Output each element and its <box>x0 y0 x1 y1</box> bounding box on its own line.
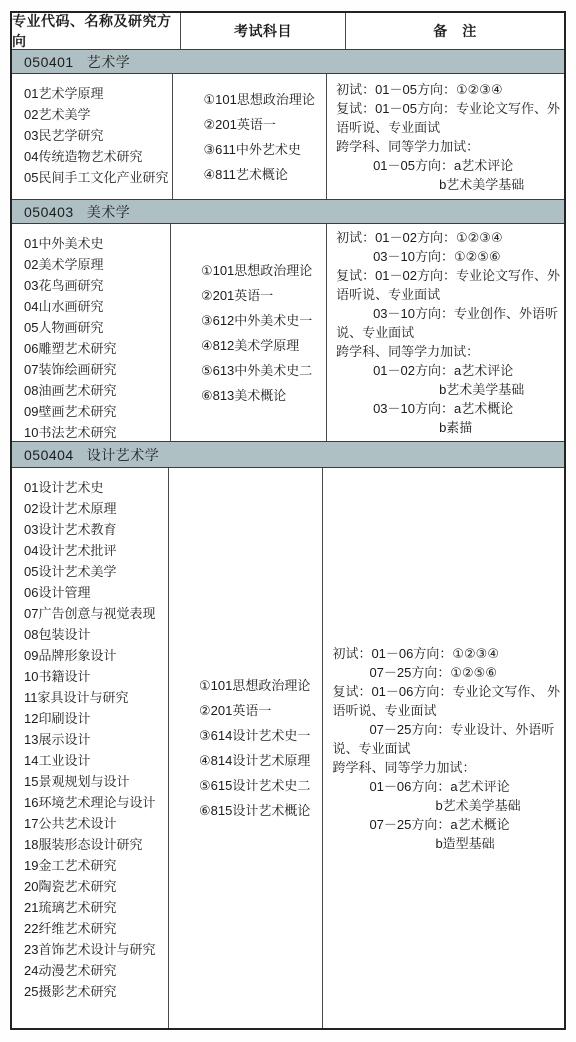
direction-item: 04传统造物艺术研究 <box>24 146 168 167</box>
direction-item: 08油画艺术研究 <box>24 380 166 401</box>
direction-item: 01中外美术史 <box>24 233 166 254</box>
subject-item: ⑥815设计艺术概论 <box>199 798 322 823</box>
direction-item: 04山水画研究 <box>24 296 166 317</box>
direction-item: 03花鸟画研究 <box>24 275 166 296</box>
subject-item: ①101思想政治理论 <box>203 87 326 112</box>
research-directions-cell: 01中外美术史02美术学原理03花鸟画研究04山水画研究05人物画研究06雕塑艺… <box>12 224 171 441</box>
note-line: 07－25方向：a艺术概论 <box>323 815 560 834</box>
direction-item: 10书法艺术研究 <box>24 422 166 443</box>
direction-item: 13展示设计 <box>24 729 164 750</box>
subject-item: ④812美术学原理 <box>201 333 326 358</box>
section-name: 美术学 <box>87 202 131 222</box>
note-line: 07－25方向：专业设计、外语听 <box>323 720 560 739</box>
major-section: 050403 美术学 01中外美术史02美术学原理03花鸟画研究04山水画研究0… <box>12 200 564 442</box>
research-directions-cell: 01艺术学原理02艺术美学03民艺学研究04传统造物艺术研究05民间手工文化产业… <box>12 74 173 199</box>
note-line: 初试：01－02方向：①②③④ <box>327 228 560 247</box>
direction-item: 01设计艺术史 <box>24 477 164 498</box>
table-header-row: 专业代码、名称及研究方向 考试科目 备 注 <box>12 13 564 50</box>
direction-item: 05民间手工文化产业研究 <box>24 167 168 188</box>
remarks-cell: 初试：01－06方向：①②③④07－25方向：①②⑤⑥复试：01－06方向：专业… <box>323 468 564 1028</box>
direction-item: 09品牌形象设计 <box>24 645 164 666</box>
note-line: 03－10方向：①②⑤⑥ <box>327 247 560 266</box>
section-name: 设计艺术学 <box>87 445 160 465</box>
direction-item: 14工业设计 <box>24 750 164 771</box>
note-line: 复试：01－06方向：专业论文写作、 外 <box>323 682 560 701</box>
major-section: 050404 设计艺术学 01设计艺术史02设计艺术原理03设计艺术教育04设计… <box>12 442 564 1028</box>
exam-subjects-cell: ①101思想政治理论②201英语一③612中外美术史一④812美术学原理⑤613… <box>171 224 327 441</box>
subject-item: ③612中外美术史一 <box>201 308 326 333</box>
direction-item: 02设计艺术原理 <box>24 498 164 519</box>
note-line: 语听说、专业面试 <box>327 285 560 304</box>
column-header-major-code: 专业代码、名称及研究方向 <box>12 13 181 49</box>
major-section: 050401 艺术学 01艺术学原理02艺术美学03民艺学研究04传统造物艺术研… <box>12 50 564 200</box>
column-header-remarks: 备 注 <box>346 13 564 49</box>
direction-item: 21琉璃艺术研究 <box>24 897 164 918</box>
note-line: 01－05方向：a艺术评论 <box>327 156 560 175</box>
note-line: b艺术美学基础 <box>327 380 560 399</box>
remarks-cell: 初试：01－05方向：①②③④复试：01－05方向：专业论文写作、外语听说、专业… <box>327 74 564 199</box>
note-line: b素描 <box>327 418 560 437</box>
subject-item: ④811艺术概论 <box>203 162 326 187</box>
subject-item: ⑥813美术概论 <box>201 383 326 408</box>
note-line: 07－25方向：①②⑤⑥ <box>323 663 560 682</box>
direction-item: 07装饰绘画研究 <box>24 359 166 380</box>
note-line: 复试：01－05方向：专业论文写作、外 <box>327 99 560 118</box>
subject-item: ②201英语一 <box>203 112 326 137</box>
exam-subjects-cell: ①101思想政治理论②201英语一③611中外艺术史④811艺术概论 <box>173 74 327 199</box>
direction-item: 02美术学原理 <box>24 254 166 275</box>
direction-item: 02艺术美学 <box>24 104 168 125</box>
remarks-cell: 初试：01－02方向：①②③④03－10方向：①②⑤⑥复试：01－02方向：专业… <box>327 224 564 441</box>
note-line: 03－10方向：专业创作、外语听 <box>327 304 560 323</box>
section-code: 050404 <box>24 447 74 463</box>
direction-item: 11家具设计与研究 <box>24 687 164 708</box>
section-content-row: 01艺术学原理02艺术美学03民艺学研究04传统造物艺术研究05民间手工文化产业… <box>12 74 564 200</box>
note-line: 跨学科、同等学力加试： <box>327 137 560 156</box>
direction-item: 03民艺学研究 <box>24 125 168 146</box>
direction-item: 04设计艺术批评 <box>24 540 164 561</box>
note-line: 说、专业面试 <box>327 323 560 342</box>
subject-item: ①101思想政治理论 <box>199 673 322 698</box>
direction-item: 15景观规划与设计 <box>24 771 164 792</box>
note-line: 跨学科、同等学力加试： <box>323 758 560 777</box>
direction-item: 23首饰艺术设计与研究 <box>24 939 164 960</box>
note-line: 跨学科、同等学力加试： <box>327 342 560 361</box>
direction-item: 01艺术学原理 <box>24 83 168 104</box>
exam-subjects-cell: ①101思想政治理论②201英语一③614设计艺术史一④814设计艺术原理⑤61… <box>169 468 323 1028</box>
admissions-exam-table: 专业代码、名称及研究方向 考试科目 备 注 050401 艺术学 01艺术学原理… <box>10 11 566 1030</box>
subject-item: ①101思想政治理论 <box>201 258 326 283</box>
note-line: 语听说、专业面试 <box>327 118 560 137</box>
direction-item: 07广告创意与视觉表现 <box>24 603 164 624</box>
note-line: 语听说、专业面试 <box>323 701 560 720</box>
direction-item: 17公共艺术设计 <box>24 813 164 834</box>
subject-item: ③614设计艺术史一 <box>199 723 322 748</box>
subject-item: ⑤613中外美术史二 <box>201 358 326 383</box>
direction-item: 06雕塑艺术研究 <box>24 338 166 359</box>
subject-item: ②201英语一 <box>199 698 322 723</box>
section-content-row: 01设计艺术史02设计艺术原理03设计艺术教育04设计艺术批评05设计艺术美学0… <box>12 468 564 1028</box>
note-line: 初试：01－06方向：①②③④ <box>323 644 560 663</box>
subject-item: ⑤615设计艺术史二 <box>199 773 322 798</box>
direction-item: 03设计艺术教育 <box>24 519 164 540</box>
section-code: 050403 <box>24 204 74 220</box>
column-header-exam-subjects: 考试科目 <box>181 13 346 49</box>
note-line: b造型基础 <box>323 834 560 853</box>
note-line: 01－02方向：a艺术评论 <box>327 361 560 380</box>
document-page: 专业代码、名称及研究方向 考试科目 备 注 050401 艺术学 01艺术学原理… <box>0 0 576 1042</box>
direction-item: 19金工艺术研究 <box>24 855 164 876</box>
direction-item: 05设计艺术美学 <box>24 561 164 582</box>
direction-item: 05人物画研究 <box>24 317 166 338</box>
direction-item: 08包装设计 <box>24 624 164 645</box>
note-line: b艺术美学基础 <box>327 175 560 194</box>
direction-item: 18服装形态设计研究 <box>24 834 164 855</box>
direction-item: 24动漫艺术研究 <box>24 960 164 981</box>
direction-item: 16环境艺术理论与设计 <box>24 792 164 813</box>
section-code: 050401 <box>24 54 74 70</box>
direction-item: 22纤维艺术研究 <box>24 918 164 939</box>
subject-item: ②201英语一 <box>201 283 326 308</box>
section-name: 艺术学 <box>87 52 131 72</box>
section-content-row: 01中外美术史02美术学原理03花鸟画研究04山水画研究05人物画研究06雕塑艺… <box>12 224 564 442</box>
direction-item: 20陶瓷艺术研究 <box>24 876 164 897</box>
subject-item: ③611中外艺术史 <box>203 137 326 162</box>
note-line: 复试：01－02方向：专业论文写作、外 <box>327 266 560 285</box>
note-line: 03－10方向：a艺术概论 <box>327 399 560 418</box>
research-directions-cell: 01设计艺术史02设计艺术原理03设计艺术教育04设计艺术批评05设计艺术美学0… <box>12 468 169 1028</box>
note-line: 说、专业面试 <box>323 739 560 758</box>
section-band: 050404 设计艺术学 <box>12 442 564 468</box>
direction-item: 06设计管理 <box>24 582 164 603</box>
note-line: 01－06方向：a艺术评论 <box>323 777 560 796</box>
direction-item: 09壁画艺术研究 <box>24 401 166 422</box>
direction-item: 25摄影艺术研究 <box>24 981 164 1002</box>
subject-item: ④814设计艺术原理 <box>199 748 322 773</box>
note-line: b艺术美学基础 <box>323 796 560 815</box>
direction-item: 10书籍设计 <box>24 666 164 687</box>
direction-item: 12印刷设计 <box>24 708 164 729</box>
section-band: 050401 艺术学 <box>12 50 564 74</box>
section-band: 050403 美术学 <box>12 200 564 224</box>
note-line: 初试：01－05方向：①②③④ <box>327 80 560 99</box>
